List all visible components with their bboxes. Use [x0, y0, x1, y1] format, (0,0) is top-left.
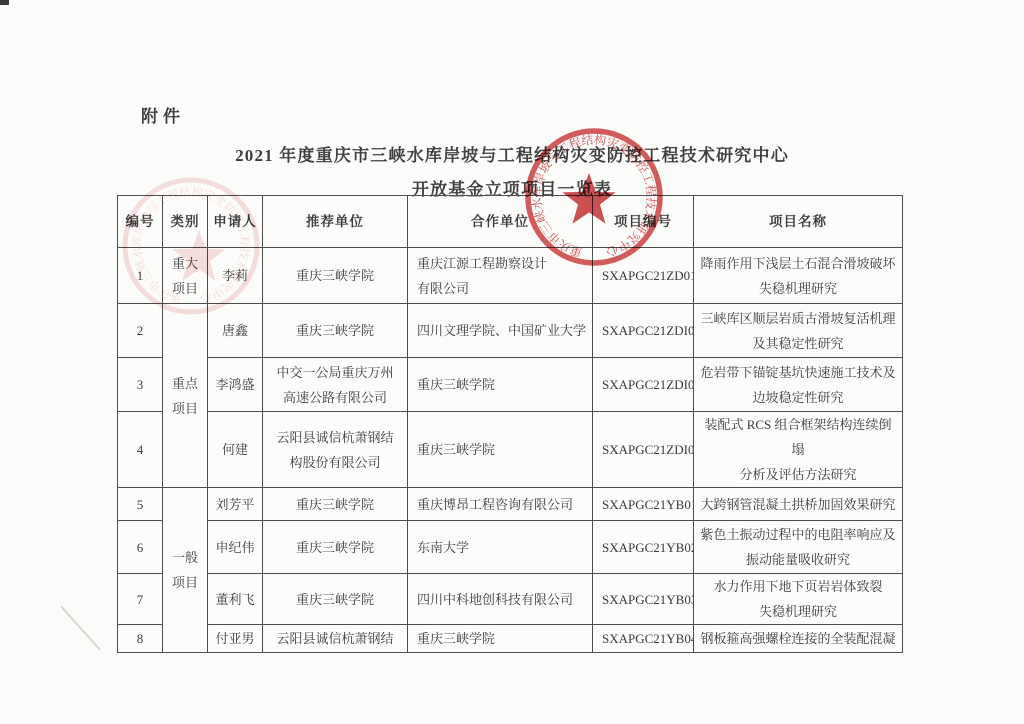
- projects-table: 编号 类别 申请人 推荐单位 合作单位 项目编号 项目名称 1 重大 项目 李莉…: [117, 195, 903, 653]
- cell-category: 重点 项目: [163, 304, 208, 488]
- scanned-document-page: 附件 2021 年度重庆市三峡水库岸坡与工程结构灾变防控工程技术研究中心 开放基…: [0, 0, 1024, 724]
- cell-recommender: 重庆三峡学院: [263, 488, 408, 521]
- cell-applicant: 李莉: [208, 248, 263, 304]
- cell-no: 1: [118, 248, 163, 304]
- cell-code: SXAPGC21ZDI02: [593, 358, 694, 412]
- cell-no: 2: [118, 304, 163, 358]
- cell-no: 3: [118, 358, 163, 412]
- table-row: 5 一般 项目 刘芳平 重庆三峡学院 重庆博昂工程咨询有限公司 SXAPGC21…: [118, 488, 903, 521]
- cell-name: 水力作用下地下页岩岩体致裂 失稳机理研究: [694, 574, 903, 625]
- cell-no: 4: [118, 412, 163, 488]
- cell-applicant: 董利飞: [208, 574, 263, 625]
- cell-name: 装配式 RCS 组合框架结构连续倒塌 分析及评估方法研究: [694, 412, 903, 488]
- cell-applicant: 李鸿盛: [208, 358, 263, 412]
- cell-applicant: 何建: [208, 412, 263, 488]
- table-header-row: 编号 类别 申请人 推荐单位 合作单位 项目编号 项目名称: [118, 196, 903, 248]
- cell-applicant: 刘芳平: [208, 488, 263, 521]
- cell-name: 降雨作用下浅层土石混合滑坡破坏 失稳机理研究: [694, 248, 903, 304]
- attachment-label: 附件: [141, 102, 185, 127]
- cell-partner: 重庆江源工程勘察设计 有限公司: [408, 248, 593, 304]
- table-row: 8 付亚男 云阳县诚信杭萧钢结 重庆三峡学院 SXAPGC21YB04 钢板箍高…: [118, 625, 903, 653]
- cell-no: 8: [118, 625, 163, 653]
- cell-code: SXAPGC21ZDI03: [593, 412, 694, 488]
- cell-category: 重大 项目: [163, 248, 208, 304]
- scan-artifact-corner: [0, 0, 9, 5]
- cell-name: 钢板箍高强螺栓连接的全装配混凝: [694, 625, 903, 653]
- cell-recommender: 云阳县诚信杭萧钢结: [263, 625, 408, 653]
- cell-recommender: 重庆三峡学院: [263, 304, 408, 358]
- cell-code: SXAPGC21YB04: [593, 625, 694, 653]
- cell-name: 紫色土振动过程中的电阻率响应及 振动能量吸收研究: [694, 521, 903, 574]
- table-row: 1 重大 项目 李莉 重庆三峡学院 重庆江源工程勘察设计 有限公司 SXAPGC…: [118, 248, 903, 304]
- cell-partner: 四川中科地创科技有限公司: [408, 574, 593, 625]
- cell-no: 7: [118, 574, 163, 625]
- cell-applicant: 申纪伟: [208, 521, 263, 574]
- col-header-category: 类别: [163, 196, 208, 248]
- scan-artifact-scratch: [61, 606, 101, 650]
- cell-code: SXAPGC21YB01: [593, 488, 694, 521]
- cell-recommender: 中交一公局重庆万州 高速公路有限公司: [263, 358, 408, 412]
- cell-name: 大跨钢管混凝土拱桥加固效果研究: [694, 488, 903, 521]
- cell-recommender: 重庆三峡学院: [263, 521, 408, 574]
- cell-partner: 东南大学: [408, 521, 593, 574]
- cell-partner: 重庆三峡学院: [408, 412, 593, 488]
- cell-code: SXAPGC21ZDI01: [593, 304, 694, 358]
- col-header-partner: 合作单位: [408, 196, 593, 248]
- cell-recommender: 重庆三峡学院: [263, 248, 408, 304]
- table-row: 4 何建 云阳县诚信杭萧钢结 构股份有限公司 重庆三峡学院 SXAPGC21ZD…: [118, 412, 903, 488]
- cell-applicant: 付亚男: [208, 625, 263, 653]
- cell-name: 危岩带下锚锭基坑快速施工技术及 边坡稳定性研究: [694, 358, 903, 412]
- cell-applicant: 唐鑫: [208, 304, 263, 358]
- col-header-name: 项目名称: [694, 196, 903, 248]
- cell-recommender: 重庆三峡学院: [263, 574, 408, 625]
- col-header-applicant: 申请人: [208, 196, 263, 248]
- cell-code: SXAPGC21ZD01: [593, 248, 694, 304]
- cell-partner: 四川文理学院、中国矿业大学: [408, 304, 593, 358]
- cell-code: SXAPGC21YB03: [593, 574, 694, 625]
- col-header-code: 项目编号: [593, 196, 694, 248]
- col-header-recommender: 推荐单位: [263, 196, 408, 248]
- cell-recommender: 云阳县诚信杭萧钢结 构股份有限公司: [263, 412, 408, 488]
- document-title-line1: 2021 年度重庆市三峡水库岸坡与工程结构灾变防控工程技术研究中心: [0, 141, 1024, 166]
- table-row: 3 李鸿盛 中交一公局重庆万州 高速公路有限公司 重庆三峡学院 SXAPGC21…: [118, 358, 903, 412]
- table-row: 2 重点 项目 唐鑫 重庆三峡学院 四川文理学院、中国矿业大学 SXAPGC21…: [118, 304, 903, 358]
- cell-no: 5: [118, 488, 163, 521]
- cell-code: SXAPGC21YB02: [593, 521, 694, 574]
- col-header-no: 编号: [118, 196, 163, 248]
- cell-name: 三峡库区顺层岩质古滑坡复活机理 及其稳定性研究: [694, 304, 903, 358]
- cell-partner: 重庆三峡学院: [408, 358, 593, 412]
- cell-no: 6: [118, 521, 163, 574]
- cell-partner: 重庆博昂工程咨询有限公司: [408, 488, 593, 521]
- cell-partner: 重庆三峡学院: [408, 625, 593, 653]
- table-row: 6 申纪伟 重庆三峡学院 东南大学 SXAPGC21YB02 紫色土振动过程中的…: [118, 521, 903, 574]
- cell-category: 一般 项目: [163, 488, 208, 653]
- table-row: 7 董利飞 重庆三峡学院 四川中科地创科技有限公司 SXAPGC21YB03 水…: [118, 574, 903, 625]
